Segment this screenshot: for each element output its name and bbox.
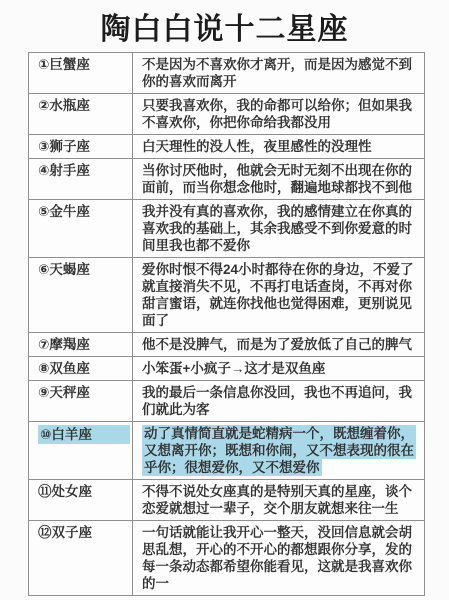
sign-description: 当你讨厌他时，他就会无时无刻不出现在你的面前，而当你想念他时，翻遍地球都找不到他 xyxy=(133,159,425,200)
sign-label: ⑦摩羯座 xyxy=(29,333,133,357)
table-row: ③狮子座 白天理性的没人性，夜里感性的没理性 xyxy=(29,135,425,159)
sign-label: ⑤金牛座 xyxy=(29,200,133,258)
sign-label: ②水瓶座 xyxy=(29,94,133,135)
table-row: ④射手座 当你讨厌他时，他就会无时无刻不出现在你的面前，而当你想念他时，翻遍地球… xyxy=(29,159,425,200)
sign-description: 不得不说处女座真的是特别天真的星座，谈个恋爱就想过一辈子，交个朋友就想来往一生 xyxy=(133,480,425,521)
sign-label: ⑧双鱼座 xyxy=(29,357,133,381)
sign-label: ①巨蟹座 xyxy=(29,53,133,94)
sign-label: ⑪处女座 xyxy=(29,480,133,521)
sign-description: 一句话就能让我开心一整天，没回信息就会胡思乱想，开心的不开心的都想跟你分享，发的… xyxy=(133,521,425,596)
sign-description: 白天理性的没人性，夜里感性的没理性 xyxy=(133,135,425,159)
table-row: ⑫双子座 一句话就能让我开心一整天，没回信息就会胡思乱想，开心的不开心的都想跟你… xyxy=(29,521,425,596)
table-row: ⑧双鱼座 小笨蛋+小疯子→这才是双鱼座 xyxy=(29,357,425,381)
table-row: ⑤金牛座 我并没有真的喜欢你，我的感情建立在你真的喜欢我的基础上，其余我感受不到… xyxy=(29,200,425,258)
zodiac-table: ①巨蟹座 不是因为不喜欢你才离开，而是因为感觉不到你的喜欢而离开 ②水瓶座 只要… xyxy=(28,52,425,596)
highlighted-text: 动了真情简直就是蛇精病一个，既想缠着你，又想离开你；既想和你闹，又不想表现的很在… xyxy=(142,425,416,476)
sign-label: ⑫双子座 xyxy=(29,521,133,596)
sign-label: ⑩白羊座 xyxy=(29,422,133,480)
table-row: ⑥天蝎座 爱你时恨不得24小时都待在你的身边，不爱了就直接消失不见，不再打电话查… xyxy=(29,258,425,333)
table-row-highlighted: ⑩白羊座 动了真情简直就是蛇精病一个，既想缠着你，又想离开你；既想和你闹，又不想… xyxy=(29,422,425,480)
sign-description: 爱你时恨不得24小时都待在你的身边，不爱了就直接消失不见，不再打电话查岗，不再对… xyxy=(133,258,425,333)
sign-label: ③狮子座 xyxy=(29,135,133,159)
page-title: 陶白白说十二星座 xyxy=(0,0,449,52)
sign-description: 他不是没脾气，而是为了爱放低了自己的脾气 xyxy=(133,333,425,357)
sign-description: 动了真情简直就是蛇精病一个，既想缠着你，又想离开你；既想和你闹，又不想表现的很在… xyxy=(133,422,425,480)
sign-description: 小笨蛋+小疯子→这才是双鱼座 xyxy=(133,357,425,381)
sign-description: 我的最后一条信息你没回，我也不再追问，我们就此为客 xyxy=(133,381,425,422)
sign-label: ⑥天蝎座 xyxy=(29,258,133,333)
zodiac-sheet: 陶白白说十二星座 ①巨蟹座 不是因为不喜欢你才离开，而是因为感觉不到你的喜欢而离… xyxy=(0,0,449,600)
sign-label: ④射手座 xyxy=(29,159,133,200)
table-row: ⑨天秤座 我的最后一条信息你没回，我也不再追问，我们就此为客 xyxy=(29,381,425,422)
sign-description: 不是因为不喜欢你才离开，而是因为感觉不到你的喜欢而离开 xyxy=(133,53,425,94)
table-row: ①巨蟹座 不是因为不喜欢你才离开，而是因为感觉不到你的喜欢而离开 xyxy=(29,53,425,94)
table-row: ⑦摩羯座 他不是没脾气，而是为了爱放低了自己的脾气 xyxy=(29,333,425,357)
table-row: ②水瓶座 只要我喜欢你，我的命都可以给你；但如果我不喜欢你，你把你命给我都没用 xyxy=(29,94,425,135)
sign-label: ⑨天秤座 xyxy=(29,381,133,422)
table-row: ⑪处女座 不得不说处女座真的是特别天真的星座，谈个恋爱就想过一辈子，交个朋友就想… xyxy=(29,480,425,521)
sign-description: 我并没有真的喜欢你，我的感情建立在你真的喜欢我的基础上，其余我感受不到你爱意的时… xyxy=(133,200,425,258)
sign-description: 只要我喜欢你，我的命都可以给你；但如果我不喜欢你，你把你命给我都没用 xyxy=(133,94,425,135)
